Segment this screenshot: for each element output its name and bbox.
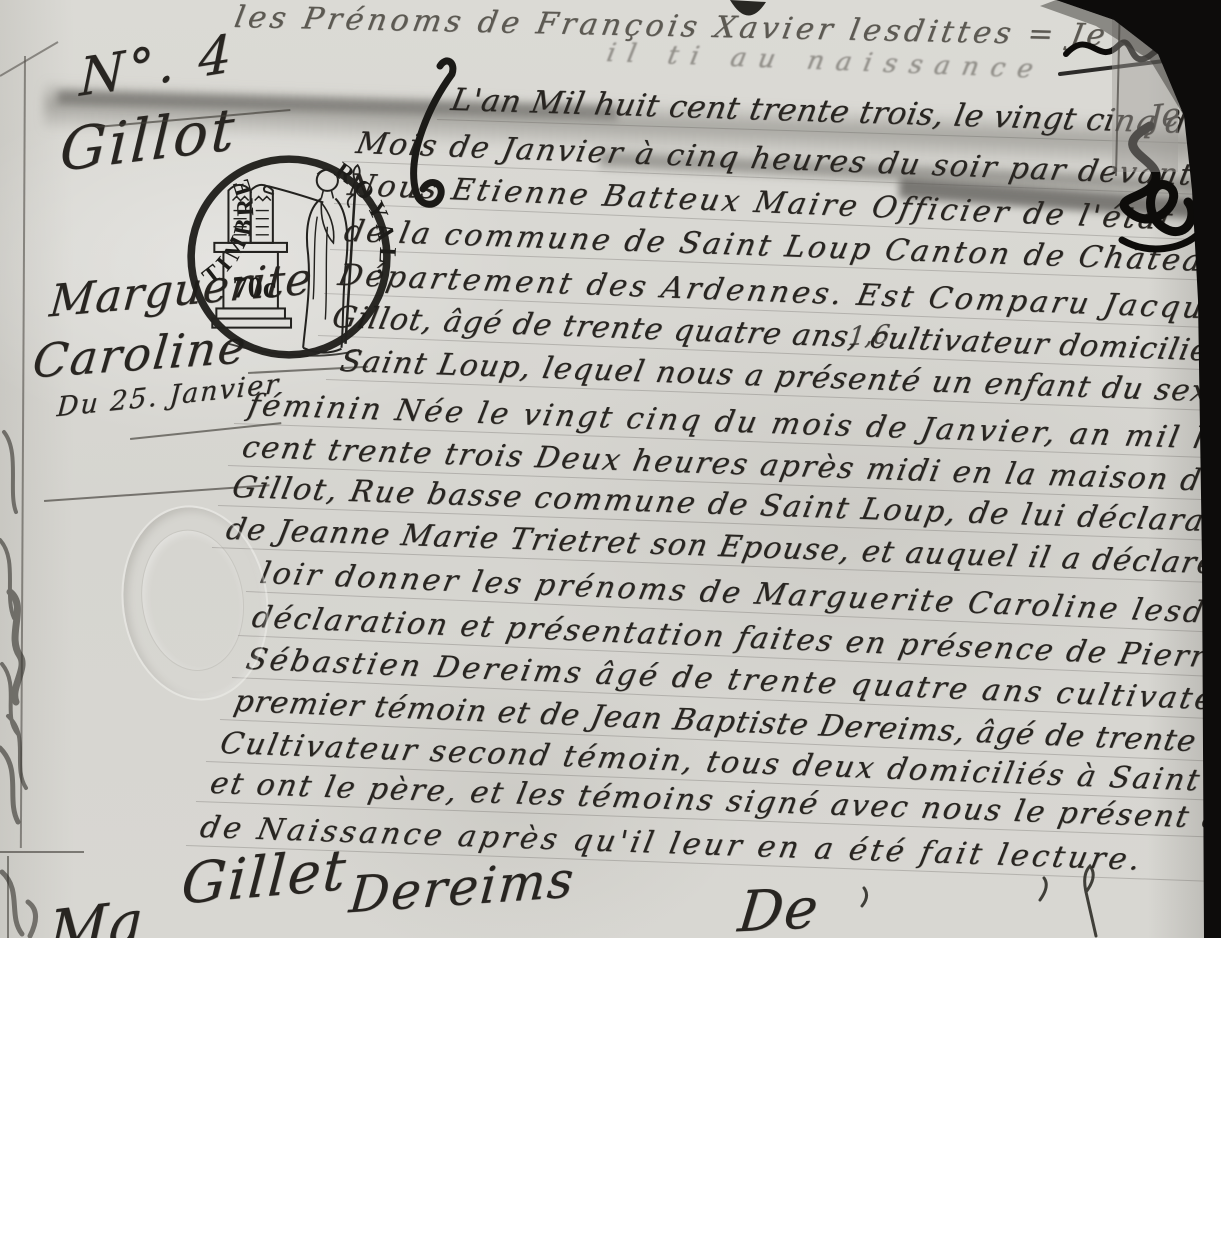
signature: Ma <box>48 886 146 938</box>
document-scan: les Prénoms de François Xavier lesdittes… <box>0 0 1221 1233</box>
corner-line <box>0 42 58 76</box>
margin-rule-line <box>0 851 84 853</box>
margin-rule-line <box>20 56 26 848</box>
stamp-denomination: 70c <box>233 270 277 304</box>
ghost-bleedthrough-mark <box>0 432 36 936</box>
signature: Dereims <box>347 850 578 924</box>
signature: Gillet <box>179 838 349 918</box>
paper-sheet: les Prénoms de François Xavier lesdittes… <box>0 0 1221 938</box>
margin-rule-line <box>7 856 9 938</box>
white-margin-area <box>0 938 1221 1233</box>
revenue-stamp: TIMBRE ROYAL. 70c <box>176 146 402 368</box>
stamp-right-curved-text: ROYAL. <box>330 157 401 283</box>
signature: De <box>735 876 822 938</box>
